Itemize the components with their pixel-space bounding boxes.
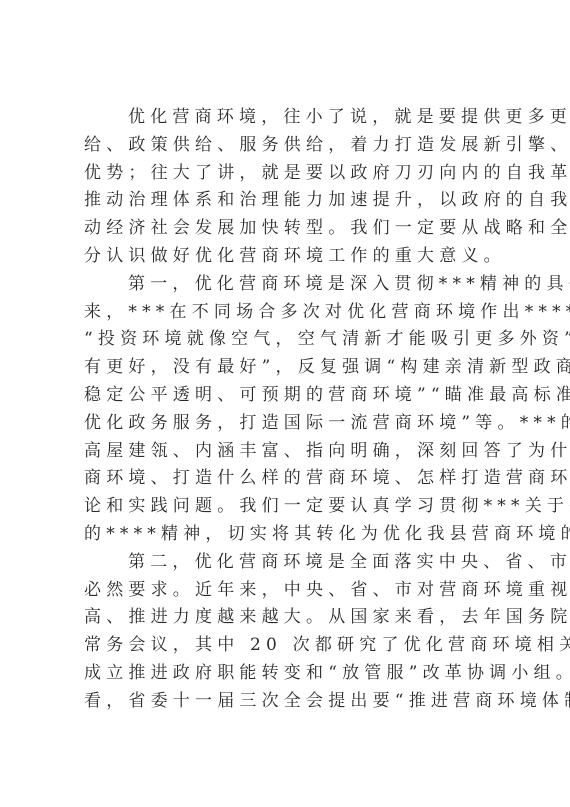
text-line: 分认识做好优化营商环境工作的重大意义。 [84,243,490,271]
paragraph-significance: 优化营商环境，往小了说，就是要提供更多更好的制度供 给、政策供给、服务供给，着力… [84,104,490,271]
text-line: 推动治理体系和治理能力加速提升，以政府的自我转型引领推 [84,187,490,215]
text-line: 高、推进力度越来越大。从国家来看，去年国务院共召开 38 次 [84,604,490,632]
text-line: “投资环境就像空气，空气清新才能吸引更多外资”“营商环境只 [84,326,490,354]
text-line: 给、政策供给、服务供给，着力打造发展新引擎、培育竞争新 [84,132,490,160]
paragraph-first-point: 第一，优化营商环境是深入贯彻***精神的具体行动。近年 来，***在不同场合多次… [84,271,490,549]
text-line: 优化营商环境，往小了说，就是要提供更多更好的制度供 [84,104,490,132]
text-line: 论和实践问题。我们一定要认真学习贯彻***关于优化营商环境 [84,493,490,521]
text-line: 有更好，没有最好”，反复强调“构建亲清新型政商关系”“营造 [84,354,490,382]
text-line: 成立推进政府职能转变和“放管服”改革协调小组。从省、市来 [84,660,490,688]
document-body: 优化营商环境，往小了说，就是要提供更多更好的制度供 给、政策供给、服务供给，着力… [84,104,490,716]
text-line: 看，省委十一届三次全会提出要“推进营商环境体制机制改革”， [84,688,490,716]
text-line: 第一，优化营商环境是深入贯彻***精神的具体行动。近年 [84,271,490,299]
text-line: 常务会议，其中 20 次都研究了优化营商环境相关议题，还专门 [84,632,490,660]
text-line: 商环境、打造什么样的营商环境、怎样打造营商环境等重大理 [84,465,490,493]
paragraph-second-point: 第二，优化营商环境是全面落实中央、省、市决策部署的 必然要求。近年来，中央、省、… [84,549,490,716]
text-line: 稳定公平透明、可预期的营商环境”“瞄准最高标准、最高水平， [84,382,490,410]
text-line: 动经济社会发展加快转型。我们一定要从战略和全局高度，充 [84,215,490,243]
text-line: 高屋建瓴、内涵丰富、指向明确，深刻回答了为什么要打造营 [84,438,490,466]
text-line: 来，***在不同场合多次对优化营商环境作出****，强调指出 [84,299,490,327]
text-line: 第二，优化营商环境是全面落实中央、省、市决策部署的 [84,549,490,577]
text-line: 优化政务服务，打造国际一流营商环境”等。***的这些****， [84,410,490,438]
text-line: 必然要求。近年来，中央、省、市对营商环境重视程度越来越 [84,577,490,605]
document-page: 优化营商环境，往小了说，就是要提供更多更好的制度供 给、政策供给、服务供给，着力… [0,0,570,807]
text-line: 的****精神，切实将其转化为优化我县营商环境的生动实践。 [84,521,490,549]
text-line: 优势；往大了讲，就是要以政府刀刃向内的自我革命精神引领 [84,160,490,188]
